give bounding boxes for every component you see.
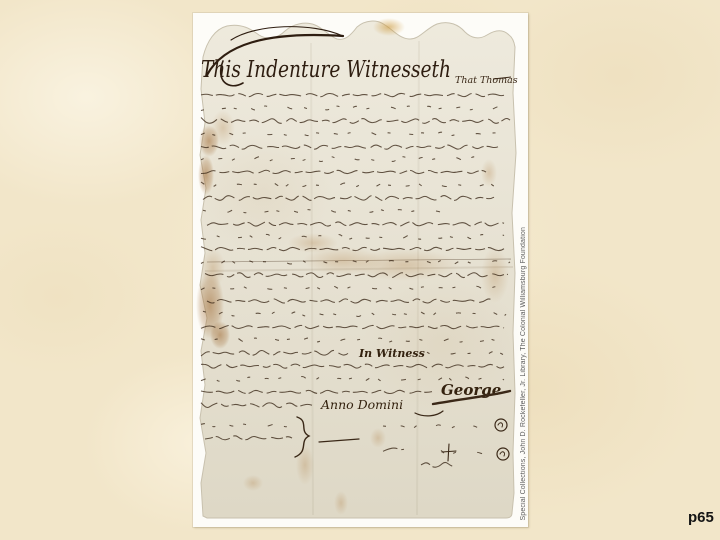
document-photo: This Indenture Witnesseth That Thomas In… <box>193 13 528 527</box>
phrase-george: George <box>441 381 501 399</box>
manuscript-heading-suffix: That Thomas <box>455 75 518 86</box>
phrase-anno-domini: Anno Domini <box>320 397 403 412</box>
manuscript-heading: This Indenture Witnesseth <box>201 57 451 83</box>
photo-caption: Special Collections, John D. Rockefeller… <box>519 227 528 521</box>
page-number-label: p65 <box>688 509 714 526</box>
slide: This Indenture Witnesseth That Thomas In… <box>0 0 720 540</box>
indenture-manuscript: This Indenture Witnesseth That Thomas In… <box>193 13 528 527</box>
phrase-in-witness: In Witness <box>358 347 425 360</box>
